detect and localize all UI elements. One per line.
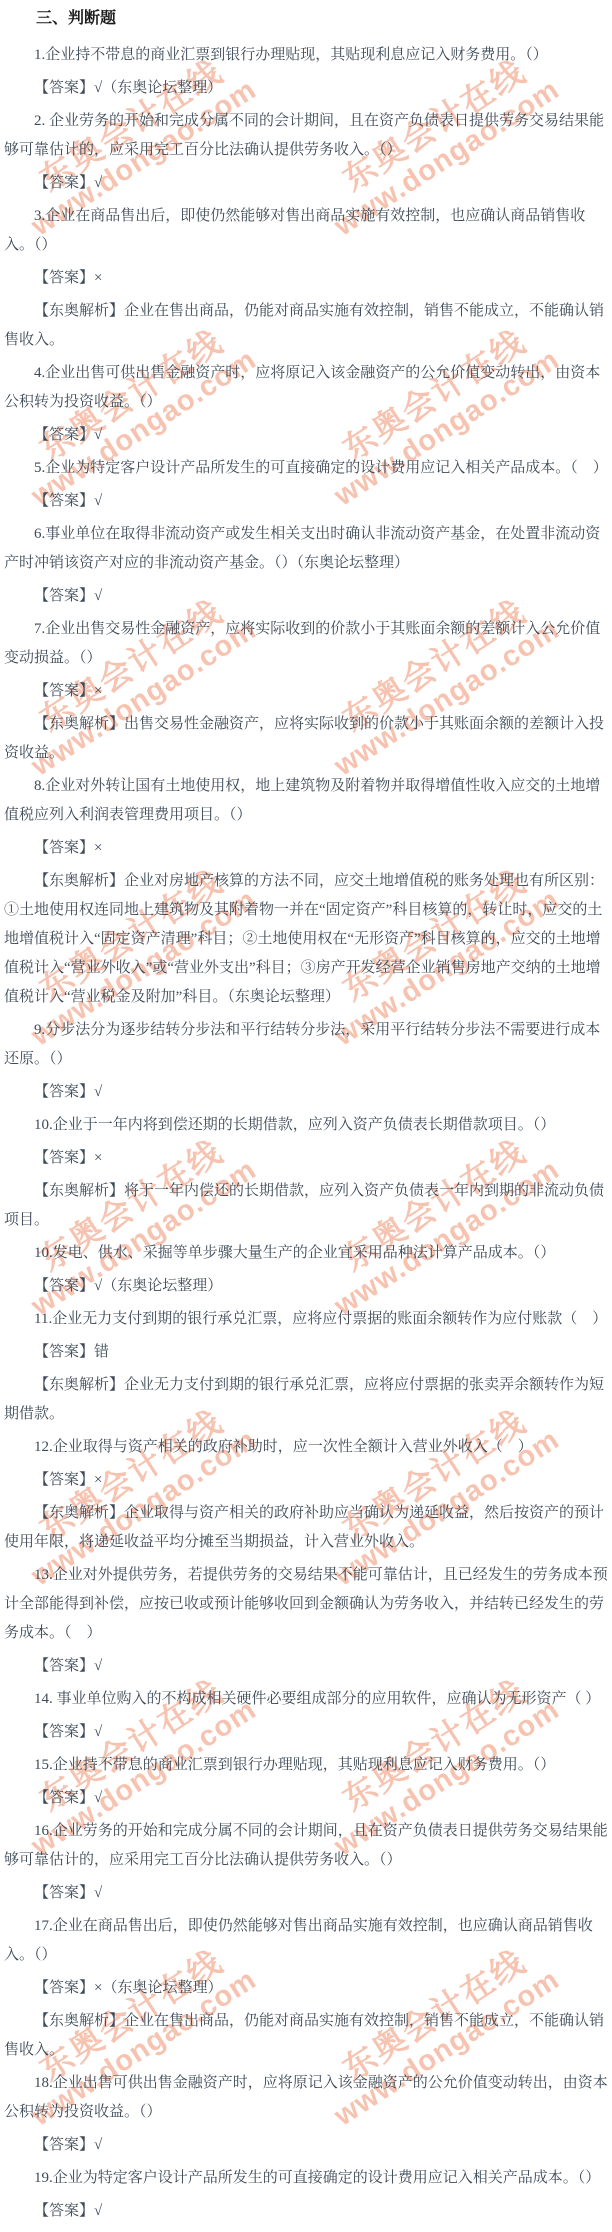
answer-paragraph: 【答案】√ <box>4 2197 608 2226</box>
question-paragraph: 17.企业在商品售出后，即使仍然能够对售出商品实施有效控制，也应确认商品销售收入… <box>4 1912 608 1970</box>
analysis-paragraph: 【东奥解析】企业无力支付到期的银行承兑汇票，应将应付票据的张卖弄余额转作为短期借… <box>4 1371 608 1429</box>
question-paragraph: 12.企业取得与资产相关的政府补助时，应一次性全额计入营业外收入（ ） <box>4 1433 608 1462</box>
question-paragraph: 3.企业在商品售出后，即使仍然能够对售出商品实施有效控制，也应确认商品销售收入。… <box>4 202 608 260</box>
answer-paragraph: 【答案】√ <box>4 169 608 198</box>
question-paragraph: 15.企业持不带息的商业汇票到银行办理贴现，其贴现利息应记入财务费用。（） <box>4 1751 608 1780</box>
question-paragraph: 5.企业为特定客户设计产品所发生的可直接确定的设计费用应记入相关产品成本。（ ） <box>4 454 608 483</box>
question-paragraph: 19.企业为特定客户设计产品所发生的可直接确定的设计费用应记入相关产品成本。（） <box>4 2164 608 2193</box>
answer-paragraph: 【答案】√（东奥论坛整理） <box>4 74 608 103</box>
exam-document: 三、判断题 1.企业持不带息的商业汇票到银行办理贴现，其贴现利息应记入财务费用。… <box>0 0 612 2232</box>
question-paragraph: 13.企业对外提供劳务，若提供劳务的交易结果不能可靠估计，且已经发生的劳务成本预… <box>4 1561 608 1648</box>
question-paragraph: 1.企业持不带息的商业汇票到银行办理贴现，其贴现利息应记入财务费用。（） <box>4 41 608 70</box>
answer-paragraph: 【答案】× <box>4 834 608 863</box>
answer-paragraph: 【答案】× <box>4 1144 608 1173</box>
answer-paragraph: 【答案】√ <box>4 1879 608 1908</box>
answer-paragraph: 【答案】√ <box>4 421 608 450</box>
analysis-paragraph: 【东奥解析】企业对房地产核算的方法不同，应交土地增值税的账务处理也有所区别：①土… <box>4 867 608 1012</box>
question-paragraph: 2. 企业劳务的开始和完成分属不同的会计期间，且在资产负债表日提供劳务交易结果能… <box>4 107 608 165</box>
answer-paragraph: 【答案】√ <box>4 1784 608 1813</box>
question-paragraph: 10.企业于一年内将到偿还期的长期借款，应列入资产负债表长期借款项目。（） <box>4 1111 608 1140</box>
answer-paragraph: 【答案】错 <box>4 1338 608 1367</box>
answer-paragraph: 【答案】√（东奥论坛整理） <box>4 1272 608 1301</box>
question-paragraph: 14. 事业单位购入的不构成相关硬件必要组成部分的应用软件，应确认为无形资产（ … <box>4 1685 608 1714</box>
analysis-paragraph: 【东奥解析】出售交易性金融资产，应将实际收到的价款小于其账面余额的差额计入投资收… <box>4 710 608 768</box>
question-paragraph: 11.企业无力支付到期的银行承兑汇票，应将应付票据的账面余额转作为应付账款（ ） <box>4 1305 608 1334</box>
answer-paragraph: 【答案】√ <box>4 1652 608 1681</box>
document-body: 1.企业持不带息的商业汇票到银行办理贴现，其贴现利息应记入财务费用。（）【答案】… <box>4 41 608 2226</box>
question-paragraph: 4.企业出售可供出售金融资产时，应将原记入该金融资产的公允价值变动转出，由资本公… <box>4 359 608 417</box>
answer-paragraph: 【答案】√ <box>4 1078 608 1107</box>
question-paragraph: 6.事业单位在取得非流动资产或发生相关支出时确认非流动资产基金，在处置非流动资产… <box>4 520 608 578</box>
answer-paragraph: 【答案】√ <box>4 582 608 611</box>
question-paragraph: 18.企业出售可供出售金融资产时，应将原记入该金融资产的公允价值变动转出，由资本… <box>4 2069 608 2127</box>
analysis-paragraph: 【东奥解析】企业在售出商品，仍能对商品实施有效控制，销售不能成立，不能确认销售收… <box>4 2007 608 2065</box>
answer-paragraph: 【答案】√ <box>4 487 608 516</box>
answer-paragraph: 【答案】√ <box>4 2131 608 2160</box>
analysis-paragraph: 【东奥解析】企业在售出商品，仍能对商品实施有效控制，销售不能成立，不能确认销售收… <box>4 297 608 355</box>
analysis-paragraph: 【东奥解析】企业取得与资产相关的政府补助应当确认为递延收益，然后按资产的预计使用… <box>4 1499 608 1557</box>
section-title: 三、判断题 <box>4 5 608 33</box>
question-paragraph: 7.企业出售交易性金融资产，应将实际收到的价款小于其账面余额的差额计入公允价值变… <box>4 615 608 673</box>
analysis-paragraph: 【东奥解析】将于一年内偿还的长期借款，应列入资产负债表一年内到期的非流动负债项目… <box>4 1177 608 1235</box>
answer-paragraph: 【答案】√ <box>4 1718 608 1747</box>
answer-paragraph: 【答案】× <box>4 677 608 706</box>
answer-paragraph: 【答案】× <box>4 1466 608 1495</box>
answer-paragraph: 【答案】×（东奥论坛整理） <box>4 1974 608 2003</box>
question-paragraph: 10.发电、供水、采掘等单步骤大量生产的企业宜采用品种法计算产品成本。（） <box>4 1239 608 1268</box>
question-paragraph: 9.分步法分为逐步结转分步法和平行结转分步法，采用平行结转分步法不需要进行成本还… <box>4 1016 608 1074</box>
question-paragraph: 8.企业对外转让国有土地使用权，地上建筑物及附着物并取得增值性收入应交的土地增值… <box>4 772 608 830</box>
answer-paragraph: 【答案】× <box>4 264 608 293</box>
question-paragraph: 16.企业劳务的开始和完成分属不同的会计期间，且在资产负债表日提供劳务交易结果能… <box>4 1817 608 1875</box>
